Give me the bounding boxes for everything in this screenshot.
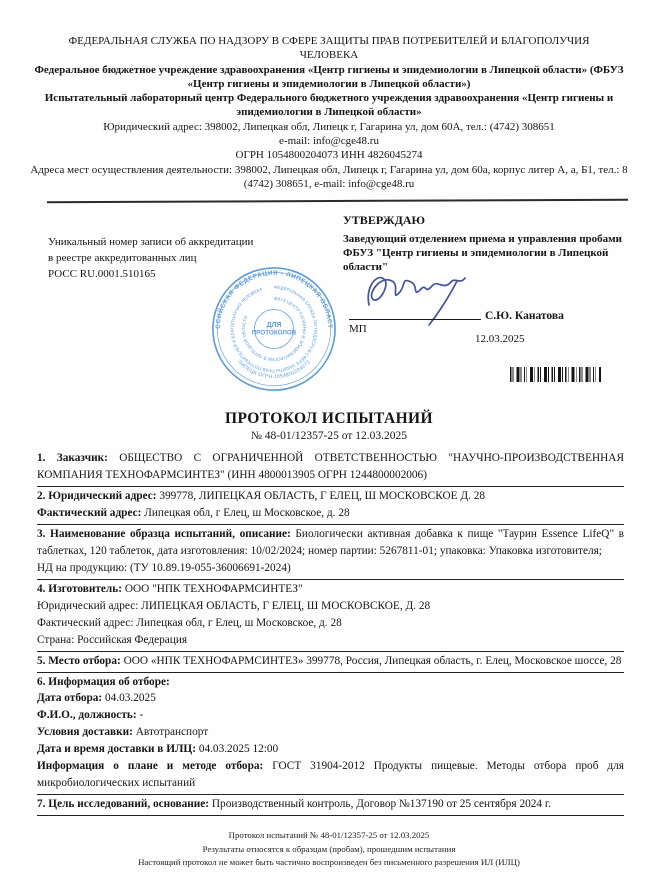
section-line: 1. Заказчик: ОБЩЕСТВО С ОГРАНИЧЕННОЙ ОТВ… (37, 450, 624, 484)
accreditation-line-2: в реестре аккредитованных лиц (48, 251, 253, 267)
protocol-document-page: ФЕДЕРАЛЬНАЯ СЛУЖБА ПО НАДЗОРУ В СФЕРЕ ЗА… (0, 0, 658, 877)
activity-addresses: Адреса мест осуществления деятельности: … (29, 163, 629, 192)
svg-text:ДЛЯ: ДЛЯ (267, 322, 282, 329)
section-line: Фактический адрес: Липецкая обл, г Елец,… (37, 615, 624, 632)
approve-title: УТВЕРЖДАЮ (343, 213, 633, 229)
signature-line (349, 319, 481, 320)
section-row-1: 1. Заказчик: ОБЩЕСТВО С ОГРАНИЧЕННОЙ ОТВ… (37, 449, 624, 487)
agency-name: ФЕДЕРАЛЬНАЯ СЛУЖБА ПО НАДЗОРУ В СФЕРЕ ЗА… (42, 34, 617, 63)
section-line: Дата отбора: 04.03.2025 (37, 690, 624, 707)
signer-name: С.Ю. Канатова (485, 309, 564, 324)
round-stamp-icon: РОССИЙСКАЯ ФЕДЕРАЦИЯ • ЛИПЕЦКАЯ ОБЛАСТЬ … (211, 266, 337, 392)
section-line: Ф.И.О., должность: - (37, 707, 624, 724)
stamp-place-label: МП (349, 322, 367, 336)
legal-address: Юридический адрес: 398002, Липецкая обл,… (29, 120, 629, 134)
document-header: ФЕДЕРАЛЬНАЯ СЛУЖБА ПО НАДЗОРУ В СФЕРЕ ЗА… (0, 0, 658, 191)
section-line: НД на продукцию: (ТУ 10.89.19-055-360066… (37, 560, 624, 577)
section-line: 6. Информация об отборе: (37, 674, 624, 691)
protocol-number: № 48-01/12357-25 от 12.03.2025 (0, 430, 658, 442)
section-row-4: 4. Изготовитель: ООО "НПК ТЕХНОФАРМСИНТЕ… (37, 580, 624, 652)
section-line: Юридический адрес: ЛИПЕЦКАЯ ОБЛАСТЬ, Г Е… (37, 598, 624, 615)
barcode (510, 367, 601, 382)
section-row-3: 3. Наименование образца испытаний, описа… (37, 525, 624, 580)
section-line: Информация о плане и методе отбора: ГОСТ… (37, 758, 624, 792)
ogrn-inn: ОГРН 1054800204073 ИНН 4826045274 (29, 148, 629, 162)
approval-date: 12.03.2025 (475, 332, 525, 346)
organization-name: Федеральное бюджетное учреждение здравоо… (29, 63, 629, 92)
section-line: 5. Место отбора: ООО «НПК ТЕХНОФАРМСИНТЕ… (37, 653, 624, 670)
section-line: Дата и время доставки в ИЛЦ: 04.03.2025 … (37, 741, 624, 758)
accreditation-line-1: Уникальный номер записи об аккредитации (48, 235, 253, 251)
approval-block: Уникальный номер записи об аккредитации … (0, 202, 658, 402)
protocol-title-block: ПРОТОКОЛ ИСПЫТАНИЙ № 48-01/12357-25 от 1… (0, 410, 658, 442)
protocol-title: ПРОТОКОЛ ИСПЫТАНИЙ (0, 410, 658, 428)
section-line: 7. Цель исследований, основание: Произво… (37, 796, 624, 813)
sections: 1. Заказчик: ОБЩЕСТВО С ОГРАНИЧЕННОЙ ОТВ… (37, 449, 624, 816)
lab-center-name: Испытательный лабораторный центр Федерал… (42, 91, 617, 120)
section-line: Фактический адрес: Липецкая обл, г Елец,… (37, 505, 624, 522)
section-line: Условия доставки: Автотранспорт (37, 724, 624, 741)
footer-copy-note: Настоящий протокол не может быть частичн… (0, 856, 658, 869)
section-row-7: 7. Цель исследований, основание: Произво… (37, 795, 624, 816)
section-line: 2. Юридический адрес: 399778, ЛИПЕЦКАЯ О… (37, 488, 624, 505)
document-footer: Протокол испытаний № 48-01/12357-25 от 1… (0, 829, 658, 869)
section-row-2: 2. Юридический адрес: 399778, ЛИПЕЦКАЯ О… (37, 487, 624, 525)
approve-block: УТВЕРЖДАЮ Заведующий отделением приема и… (343, 213, 633, 342)
section-line: 4. Изготовитель: ООО "НПК ТЕХНОФАРМСИНТЕ… (37, 581, 624, 598)
signature-zone: С.Ю. Канатова МП 12.03.2025 (343, 279, 633, 343)
section-line: 3. Наименование образца испытаний, описа… (37, 526, 624, 560)
section-row-5: 5. Место отбора: ООО «НПК ТЕХНОФАРМСИНТЕ… (37, 652, 624, 673)
email: e-mail: info@cge48.ru (29, 134, 629, 148)
footer-results-note: Результаты относятся к образцам (пробам)… (0, 843, 658, 856)
footer-protocol-ref: Протокол испытаний № 48-01/12357-25 от 1… (0, 829, 658, 842)
svg-text:ПРОТОКОЛОВ: ПРОТОКОЛОВ (252, 330, 297, 337)
section-line: Страна: Российская Федерация (37, 632, 624, 649)
section-row-6: 6. Информация об отборе: Дата отбора: 04… (37, 673, 624, 796)
